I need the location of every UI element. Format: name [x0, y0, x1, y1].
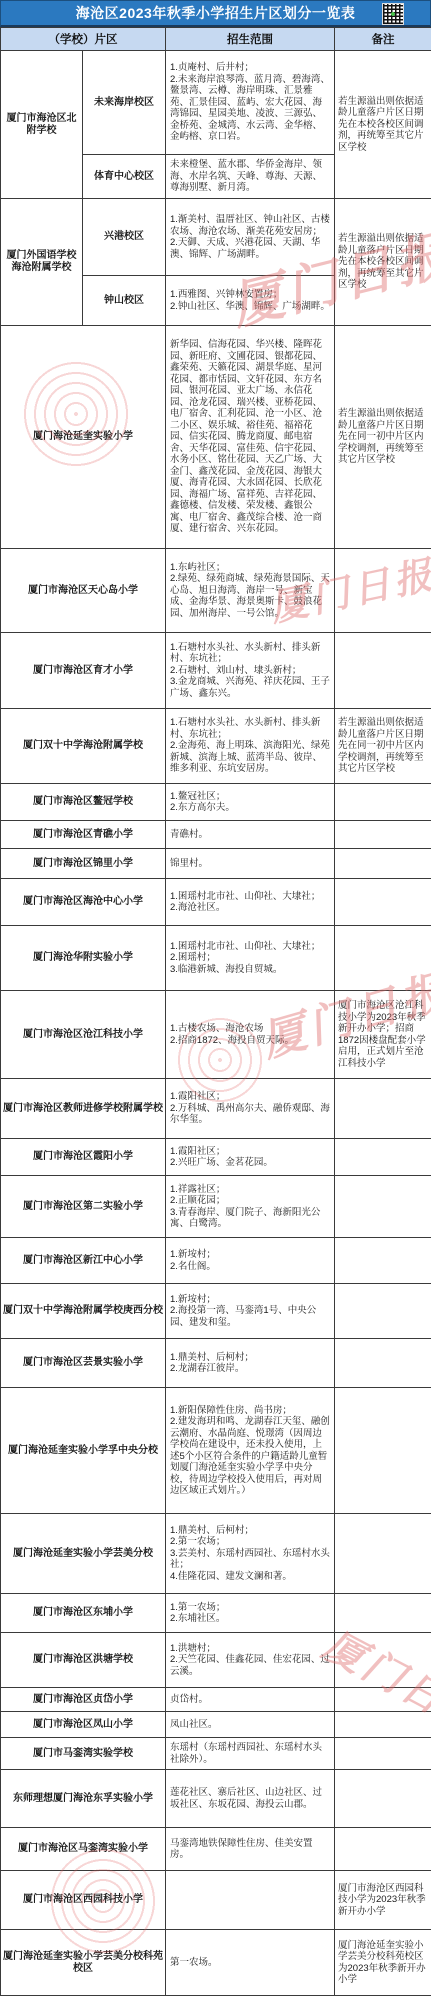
school-cell: 厦门海沧延奎实验小学孚中央分校 — [1, 1388, 166, 1514]
note-cell: 厦门市海沧区西园科技小学为2023年秋季新开办小学 — [335, 1871, 431, 1930]
table-row: 厦门市海沧区鳌冠学校1.鳌冠社区； 2.东方高尔夫。 — [1, 784, 431, 821]
campus-cell: 钟山校区 — [83, 276, 166, 326]
range-cell: 1.洪塘村； 2.天竺花园、佳鑫花园、佳宏花园、过云溪。 — [166, 1633, 335, 1688]
school-cell: 厦门市海沧区西园科技小学 — [1, 1871, 166, 1930]
note-cell — [335, 1284, 431, 1339]
district-table-body: 厦门市海沧区北附学校未来海岸校区1.贞庵村、后井村； 2.未来海岸浪琴湾、蓝月湾… — [1, 51, 431, 1996]
table-row: 东师理想厦门海沧东孚实验小学莲花社区、寨后社区、山边社区、过坂社区、东坂花园、海… — [1, 1770, 431, 1828]
range-cell: 1.囷瑶村北市社、山仰社、大埭社； 2.囷瑶村； 3.临港新城、海投自贸城。 — [166, 926, 335, 991]
school-cell: 厦门市海沧区芸景实验小学 — [1, 1339, 166, 1388]
column-header-note: 备注 — [335, 28, 431, 51]
page-title: 海沧区2023年秋季小学招生片区划分一览表 — [76, 3, 356, 23]
note-cell — [335, 821, 431, 849]
range-cell: 东瑶村（东瑶村西园社、东瑶村水头社除外）。 — [166, 1738, 335, 1770]
campus-cell: 未来海岸校区 — [83, 51, 166, 155]
table-row: 厦门市海沧区育才小学1.石塘村水头社、水头新村、排头新村、东坑社； 2.石塘村、… — [1, 633, 431, 709]
note-cell — [335, 1238, 431, 1284]
range-cell: 莲花社区、寨后社区、山边社区、过坂社区、东坂花园、海投云山郡。 — [166, 1770, 335, 1828]
table-row: 厦门市海沧区贞岱小学贞岱村。 — [1, 1688, 431, 1712]
school-cell: 厦门外国语学校海沧附属学校 — [1, 199, 83, 326]
note-cell — [335, 1712, 431, 1738]
page: 海沧区2023年秋季小学招生片区划分一览表 （学校）片区 招生范围 备注 厦门市… — [0, 0, 431, 2000]
school-cell: 厦门市海沧区鳌冠学校 — [1, 784, 166, 821]
school-cell: 厦门市海沧区锦里小学 — [1, 849, 166, 879]
enrollment-district-table: （学校）片区 招生范围 备注 厦门市海沧区北附学校未来海岸校区1.贞庵村、后井村… — [0, 27, 431, 1996]
school-cell: 厦门市海沧区凤山小学 — [1, 1712, 166, 1738]
range-cell — [166, 1871, 335, 1930]
table-row: 厦门市海沧区洪塘学校1.洪塘村； 2.天竺花园、佳鑫花园、佳宏花园、过云溪。 — [1, 1633, 431, 1688]
school-cell: 厦门海沧延奎实验小学 — [1, 326, 166, 549]
column-header-range: 招生范围 — [166, 28, 335, 51]
title-bar: 海沧区2023年秋季小学招生片区划分一览表 — [0, 0, 431, 27]
range-cell: 1.鼎美村、后柯村； 2.龙湖春江彼岸。 — [166, 1339, 335, 1388]
range-cell: 1.新阳保障性住房、尚书房； 2.建发海玥和鸣、龙湖春江天玺、融创云潮府、水晶尚… — [166, 1388, 335, 1514]
school-cell: 厦门双十中学海沧附属学校庚西分校 — [1, 1284, 166, 1339]
school-cell: 厦门市海沧区北附学校 — [1, 51, 83, 199]
table-row: 厦门市海沧区东埔小学1.第一农场； 2.东埔社区。 — [1, 1594, 431, 1633]
table-row: 厦门海沧延奎实验小学芸美分校1.鼎美村、后柯村； 2.第一农场； 3.芸美村、东… — [1, 1514, 431, 1594]
table-row: 厦门市海沧区锦里小学锦里村。 — [1, 849, 431, 879]
school-cell: 厦门市海沧区教师进修学校附属学校 — [1, 1079, 166, 1139]
school-cell: 厦门市海沧区沧江科技小学 — [1, 991, 166, 1079]
table-row: 厦门市海沧区第二实验小学1.祥露社区； 2.正顺花园； 3.青春海岸、厦门院子、… — [1, 1176, 431, 1238]
range-cell: 1.囷瑶村北市社、山仰社、大埭社； 2.海沧社区。 — [166, 879, 335, 926]
table-row: 厦门市海沧区西园科技小学厦门市海沧区西园科技小学为2023年秋季新开办小学 — [1, 1871, 431, 1930]
table-row: 厦门市海沧区沧江科技小学1.古楼农场、海沧农场 2.招商1872、海投自贸天际。… — [1, 991, 431, 1079]
note-cell: 若生源溢出则依据适龄儿童落户片区日期先在本校各校区间调剂，再统筹至其它片区学校 — [335, 199, 431, 326]
school-cell: 厦门市海沧区东埔小学 — [1, 1594, 166, 1633]
note-cell: 厦门海沧延奎实验小学芸美分校科苑校区为2023年秋季新开办小学 — [335, 1930, 431, 1996]
range-cell: 1.鼎美村、后柯村； 2.第一农场； 3.芸美村、东瑶村西园社、东瑶村水头社； … — [166, 1514, 335, 1594]
note-cell — [335, 1828, 431, 1871]
school-cell: 厦门双十中学海沧附属学校 — [1, 709, 166, 784]
note-cell — [335, 1770, 431, 1828]
note-cell — [335, 1738, 431, 1770]
table-row: 厦门海沧延奎实验小学孚中央分校1.新阳保障性住房、尚书房； 2.建发海玥和鸣、龙… — [1, 1388, 431, 1514]
note-cell — [335, 1633, 431, 1688]
note-cell — [335, 879, 431, 926]
range-cell: 新华园、信海花园、华兴楼、隆晖花园、新旺府、文圃花园、银都花园、鑫荣苑、天籁花园… — [166, 326, 335, 549]
school-cell: 厦门市海沧区贞岱小学 — [1, 1688, 166, 1712]
range-cell: 凤山社区。 — [166, 1712, 335, 1738]
range-cell: 未来橙堡、蓝水郡、华侨金海岸、领海、水岸名筑、天峰、尊海、天源、尊海别墅、新月湾… — [166, 155, 335, 199]
note-cell — [335, 633, 431, 709]
school-cell: 东师理想厦门海沧东孚实验小学 — [1, 1770, 166, 1828]
table-row: 厦门市海沧区海沧中心小学1.囷瑶村北市社、山仰社、大埭社； 2.海沧社区。 — [1, 879, 431, 926]
note-cell — [335, 1139, 431, 1176]
range-cell: 1.鳌冠社区； 2.东方高尔夫。 — [166, 784, 335, 821]
school-cell: 厦门市海沧区青礁小学 — [1, 821, 166, 849]
table-row: 厦门双十中学海沧附属学校庚西分校1.新垵村； 2.海投第一湾、马銮湾1号、中央公… — [1, 1284, 431, 1339]
table-row: 厦门市海沧区北附学校未来海岸校区1.贞庵村、后井村； 2.未来海岸浪琴湾、蓝月湾… — [1, 51, 431, 155]
range-cell: 1.祥露社区； 2.正顺花园； 3.青春海岸、厦门院子、海新阳光公寓、白鹭湾。 — [166, 1176, 335, 1238]
note-cell — [335, 1688, 431, 1712]
range-cell: 1.渐美村、温厝社区、钟山社区、古楼农场、海沧农场、渐美花苑安居房； 2.天御、… — [166, 199, 335, 276]
school-cell: 厦门市海沧区新江中心小学 — [1, 1238, 166, 1284]
range-cell: 1.霞阳社区； 2.兴旺广场、金茗花园。 — [166, 1139, 335, 1176]
campus-cell: 体育中心校区 — [83, 155, 166, 199]
table-row: 厦门市海沧区芸景实验小学1.鼎美村、后柯村； 2.龙湖春江彼岸。 — [1, 1339, 431, 1388]
table-row: 厦门市海沧区马銮湾实验小学马銮湾地铁保障性住房、佳美安置房。 — [1, 1828, 431, 1871]
note-cell — [335, 1594, 431, 1633]
table-row: 厦门市海沧区新江中心小学1.新垵村； 2.名仕阁。 — [1, 1238, 431, 1284]
school-cell: 厦门海沧延奎实验小学芸美分校 — [1, 1514, 166, 1594]
range-cell: 青礁村。 — [166, 821, 335, 849]
table-row: 厦门双十中学海沧附属学校1.石塘村水头社、水头新村、排头新村、东坑社； 2.金海… — [1, 709, 431, 784]
note-cell — [335, 1339, 431, 1388]
table-row: 厦门市海沧区青礁小学青礁村。 — [1, 821, 431, 849]
school-cell: 厦门市海沧区海沧中心小学 — [1, 879, 166, 926]
table-row: 厦门海沧延奎实验小学芸美分校科苑校区第一农场。厦门海沧延奎实验小学芸美分校科苑校… — [1, 1930, 431, 1996]
range-cell: 1.新垵村； 2.海投第一湾、马銮湾1号、中央公园、建发和玺。 — [166, 1284, 335, 1339]
note-cell: 若生源溢出则依据适龄儿童落户片区日期先在本校各校区间调剂，再统筹至其它片区学校 — [335, 51, 431, 199]
range-cell: 锦里村。 — [166, 849, 335, 879]
note-cell: 厦门市海沧区沧江科技小学为2023年秋季新开办小学；招商1872因楼盘配套小学启… — [335, 991, 431, 1079]
range-cell: 贞岱村。 — [166, 1688, 335, 1712]
column-header-district: （学校）片区 — [1, 28, 166, 51]
school-cell: 厦门市海沧区霞阳小学 — [1, 1139, 166, 1176]
note-cell — [335, 549, 431, 633]
range-cell: 马銮湾地铁保障性住房、佳美安置房。 — [166, 1828, 335, 1871]
table-row: 厦门市马銮湾实验学校东瑶村（东瑶村西园社、东瑶村水头社除外）。 — [1, 1738, 431, 1770]
range-cell: 1.石塘村水头社、水头新村、排头新村、东坑社； 2.石塘村、刘山村、埭头新村； … — [166, 633, 335, 709]
note-cell — [335, 1079, 431, 1139]
range-cell: 1.新垵村； 2.名仕阁。 — [166, 1238, 335, 1284]
range-cell: 1.古楼农场、海沧农场 2.招商1872、海投自贸天际。 — [166, 991, 335, 1079]
note-cell — [335, 1176, 431, 1238]
table-header-row: （学校）片区 招生范围 备注 — [1, 28, 431, 51]
school-cell: 厦门市海沧区马銮湾实验小学 — [1, 1828, 166, 1871]
table-row: 厦门市海沧区教师进修学校附属学校1.霞阳社区； 2.万科城、禹州高尔夫、融侨观邸… — [1, 1079, 431, 1139]
school-cell: 厦门市海沧区洪塘学校 — [1, 1633, 166, 1688]
note-cell — [335, 1514, 431, 1594]
note-cell — [335, 926, 431, 991]
school-cell: 厦门市马銮湾实验学校 — [1, 1738, 166, 1770]
range-cell: 1.霞阳社区； 2.万科城、禹州高尔夫、融侨观邸、海尔华玺。 — [166, 1079, 335, 1139]
table-row: 厦门市海沧区霞阳小学1.霞阳社区； 2.兴旺广场、金茗花园。 — [1, 1139, 431, 1176]
school-cell: 厦门海沧延奎实验小学芸美分校科苑校区 — [1, 1930, 166, 1996]
qr-code-icon — [382, 3, 404, 25]
range-cell: 第一农场。 — [166, 1930, 335, 1996]
school-cell: 厦门市海沧区天心岛小学 — [1, 549, 166, 633]
note-cell — [335, 784, 431, 821]
table-header: （学校）片区 招生范围 备注 — [1, 28, 431, 51]
campus-cell: 兴港校区 — [83, 199, 166, 276]
school-cell: 厦门市海沧区第二实验小学 — [1, 1176, 166, 1238]
note-cell — [335, 1388, 431, 1514]
table-row: 厦门海沧华附实验小学1.囷瑶村北市社、山仰社、大埭社； 2.囷瑶村； 3.临港新… — [1, 926, 431, 991]
note-cell: 若生源溢出则依据适龄儿童落户片区日期先在同一初中片区内学校调剂，再统筹至其它片区… — [335, 326, 431, 549]
range-cell: 1.西雅图、兴钟林安置房； 2.钟山社区、华澳、锦辉、广场湖畔。 — [166, 276, 335, 326]
table-row: 厦门外国语学校海沧附属学校兴港校区1.渐美村、温厝社区、钟山社区、古楼农场、海沧… — [1, 199, 431, 276]
range-cell: 1.石塘村水头社、水头新村、排头新村、东坑社； 2.金海苑、海上明珠、滨海阳光、… — [166, 709, 335, 784]
school-cell: 厦门市海沧区育才小学 — [1, 633, 166, 709]
range-cell: 1.第一农场； 2.东埔社区。 — [166, 1594, 335, 1633]
table-row: 厦门市海沧区天心岛小学1.东屿社区； 2.绿苑、绿苑商城、绿苑海景国际、天心岛、… — [1, 549, 431, 633]
table-row: 厦门市海沧区凤山小学凤山社区。 — [1, 1712, 431, 1738]
range-cell: 1.贞庵村、后井村； 2.未来海岸浪琴湾、蓝月湾、碧海湾、鳌景湾、云樽、海岸明珠… — [166, 51, 335, 155]
school-cell: 厦门海沧华附实验小学 — [1, 926, 166, 991]
table-row: 厦门海沧延奎实验小学新华园、信海花园、华兴楼、隆晖花园、新旺府、文圃花园、银都花… — [1, 326, 431, 549]
note-cell — [335, 849, 431, 879]
note-cell: 若生源溢出则依据适龄儿童落户片区日期先在同一初中片区内学校调剂，再统筹至其它片区… — [335, 709, 431, 784]
range-cell: 1.东屿社区； 2.绿苑、绿苑商城、绿苑海景国际、天心岛、旭日海湾、海岸一号、新… — [166, 549, 335, 633]
